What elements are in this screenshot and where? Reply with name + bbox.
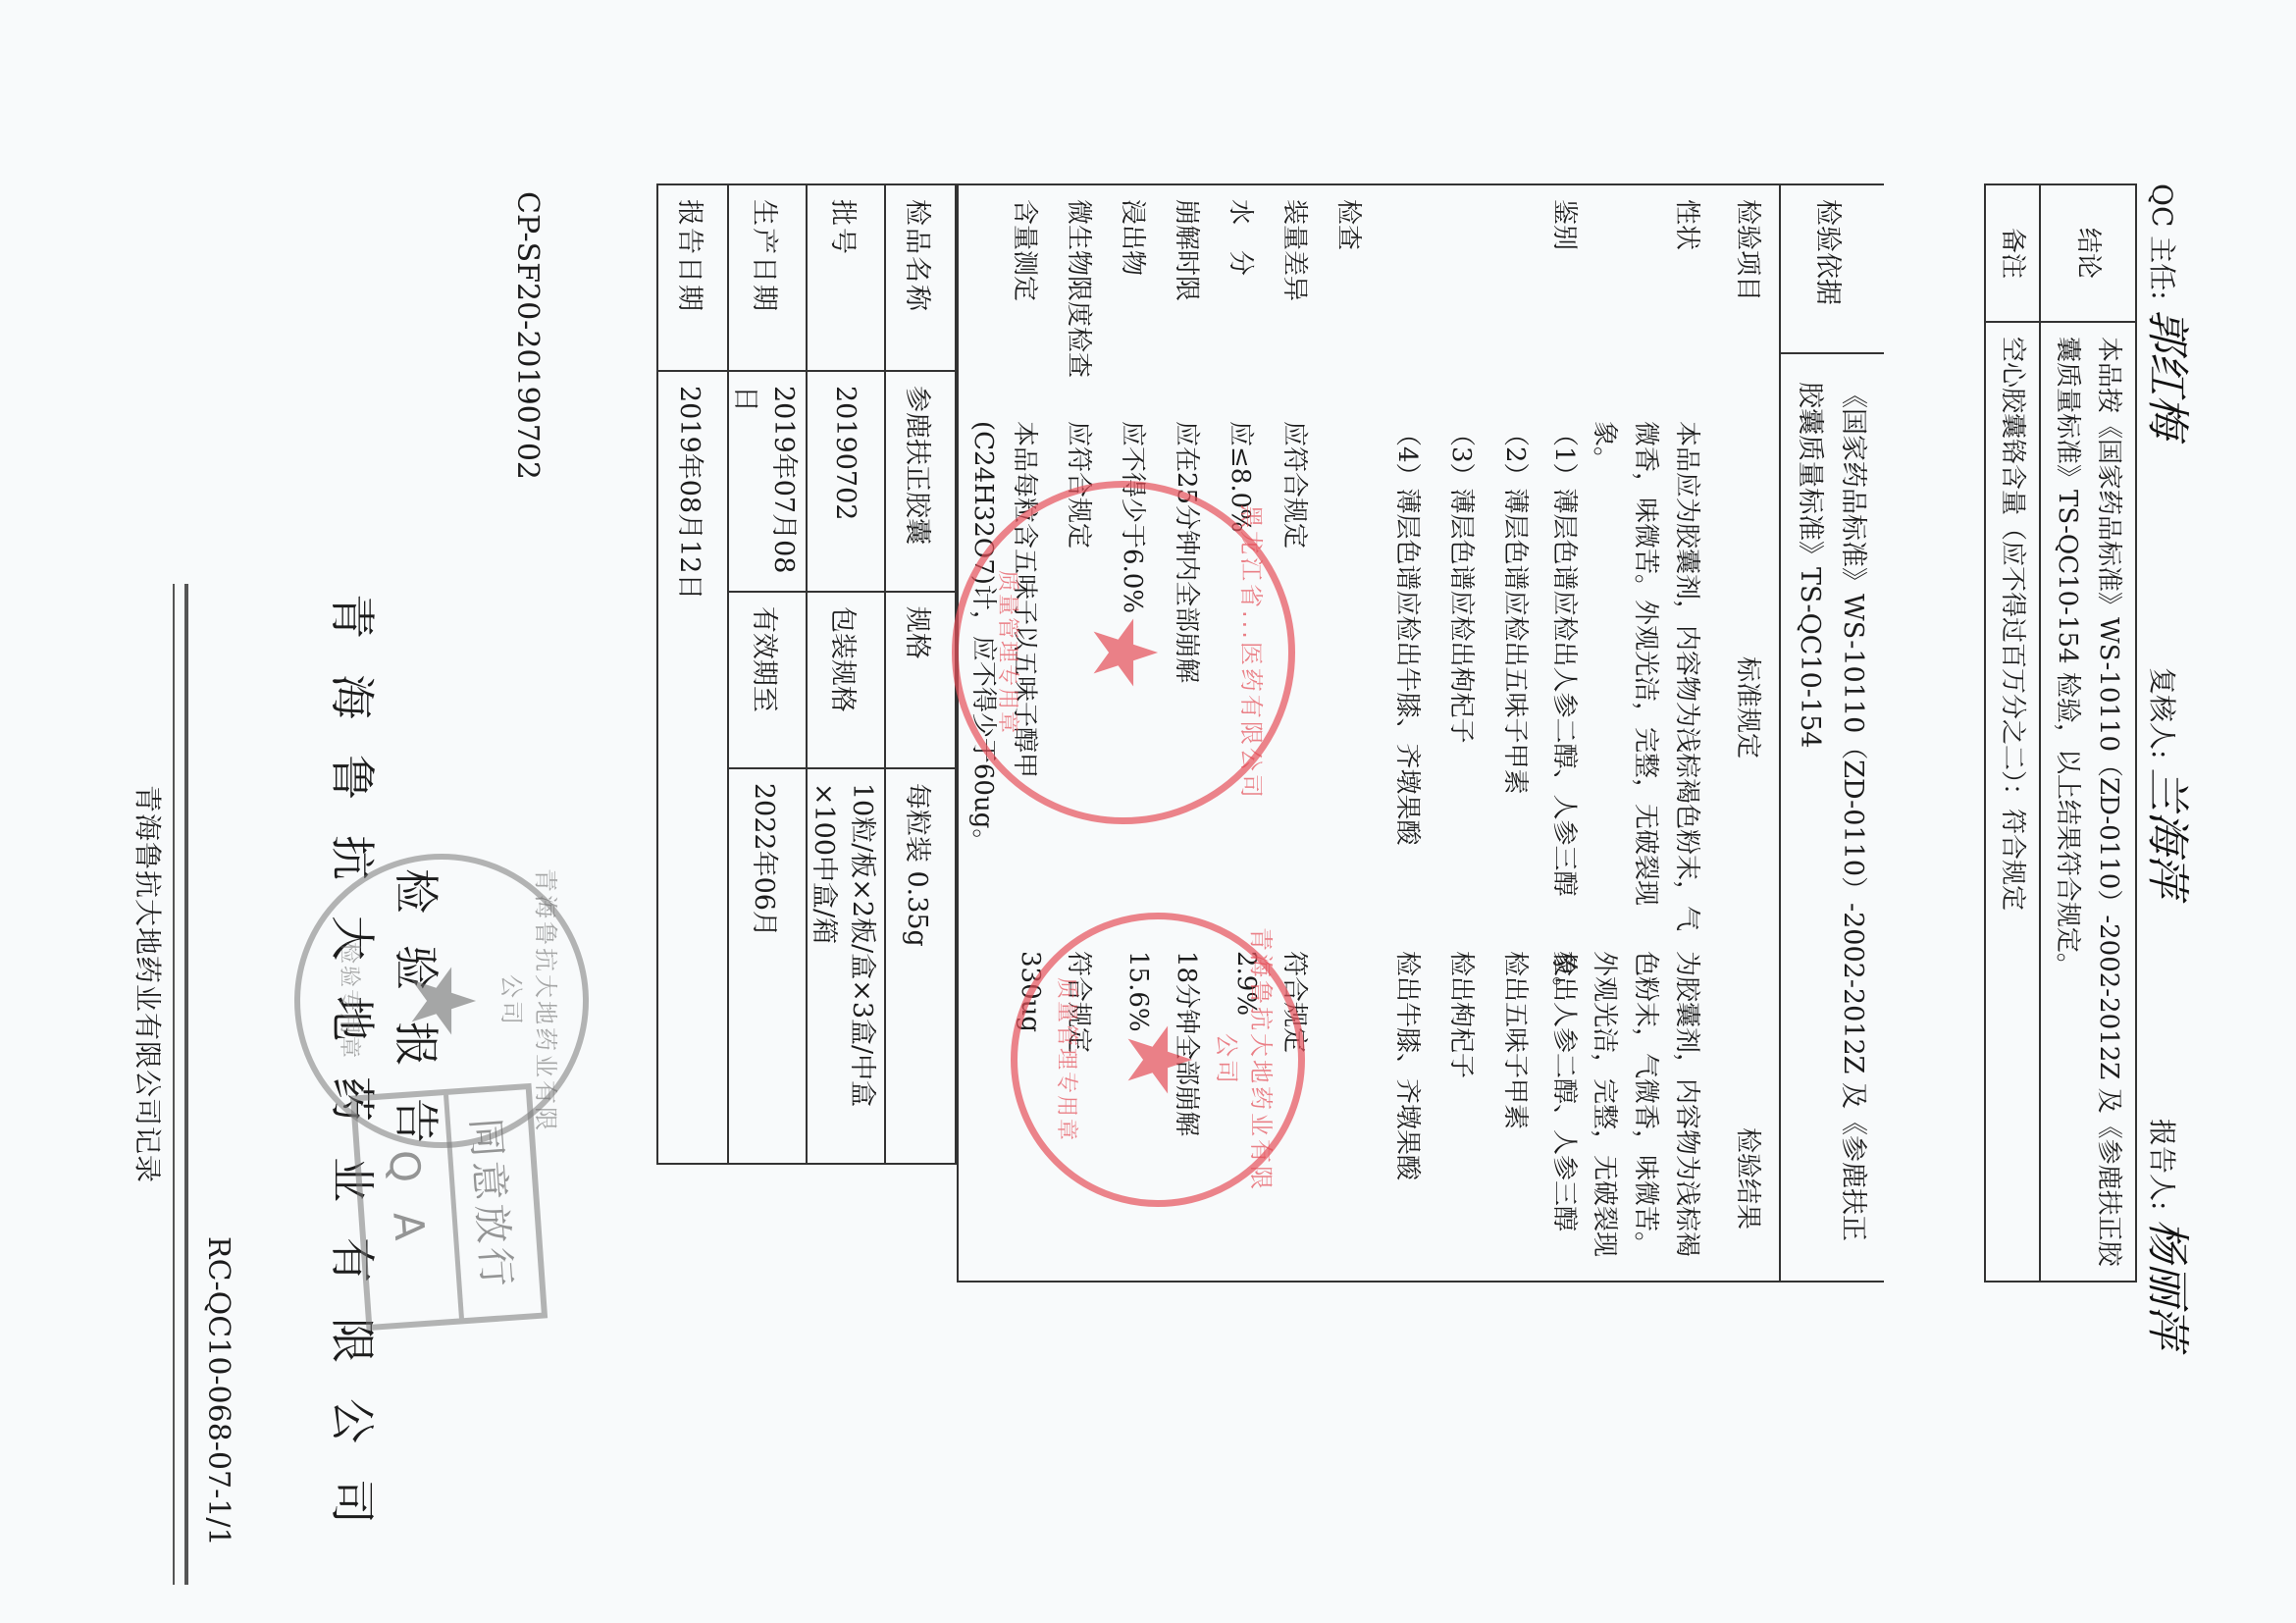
- form-code: RC-QC10-068-07-1/1: [201, 1236, 235, 1546]
- column-header-result: 检验结果: [1732, 1127, 1768, 1230]
- product-name-value: 参鹿扶正胶囊: [885, 371, 956, 592]
- reviewer-name: 兰海萍: [2142, 767, 2192, 897]
- reporter-label: 报告人:: [2146, 1119, 2178, 1210]
- table-row: 生产日期 2019年07月08日 有效期至 2022年06月: [728, 184, 807, 1164]
- star-icon: ★: [1114, 1021, 1202, 1100]
- batch-value: 20190702: [807, 371, 885, 592]
- table-row: 批号 20190702 包装规格 10粒/板×2板/盒×3盒/中盒×100中盒/…: [807, 184, 885, 1164]
- qc-director-name: 郭红梅: [2142, 309, 2192, 439]
- test-item-name: 微生物限度检查: [1063, 199, 1099, 378]
- production-date-value: 2019年07月08日: [728, 371, 807, 592]
- stamp-ring-text: 黑龙江省...医药有限公司: [1236, 488, 1271, 817]
- test-item-result: 检出人参二醇、人参三醇: [1548, 951, 1585, 1231]
- reviewer-label: 复核人:: [2146, 667, 2178, 759]
- qa-release-stamp: 同意放行 QA: [350, 1083, 548, 1331]
- stamp-ring-text: 青海鲁抗大地药业有限公司: [1212, 919, 1280, 1200]
- package-value: 10粒/板×2板/盒×3盒/中盒×100中盒/箱: [807, 768, 885, 1164]
- document-number: CP-SF20-20190702: [510, 191, 545, 480]
- remark-text: 空心胶囊铬含量（应不得过百万分之二）：符合规定: [1985, 322, 2040, 1282]
- table-row: 检品名称 参鹿扶正胶囊 规格 每粒装 0.35g: [885, 184, 956, 1164]
- qc-director-label: QC 主任:: [2146, 183, 2178, 300]
- column-header-item: 检验项目: [1732, 199, 1768, 301]
- basis-divider: [1779, 185, 1781, 1281]
- test-item-result: 检出枸杞子: [1445, 951, 1482, 1078]
- rotated-document-page: RC-QC10-068-07-1/1 青海鲁抗大地药业有限公司记录 青海鲁抗大地…: [0, 0, 2296, 1623]
- report-date-value: 2019年08月12日: [657, 371, 728, 1164]
- test-item-name: 水 分: [1225, 199, 1261, 276]
- qa-stamp-top-text: 同意放行: [444, 1090, 530, 1318]
- table-row: 结论 本品按《国家药品标准》WS-10110（ZD-0110）-2002-201…: [2040, 184, 2136, 1282]
- production-date-label: 生产日期: [728, 184, 807, 371]
- basis-separator: [1781, 352, 1884, 354]
- test-item-name: 含量测定: [1009, 199, 1045, 301]
- conclusion-table: 结论 本品按《国家药品标准》WS-10110（ZD-0110）-2002-201…: [1984, 183, 2137, 1283]
- test-item-standard: （1）薄层色谱应检出人参二醇、人参三醇: [1548, 421, 1585, 897]
- package-label: 包装规格: [807, 592, 885, 768]
- test-item-standard: （4）薄层色谱应检出牛膝、齐墩果酸: [1391, 421, 1428, 846]
- conclusion-text: 本品按《国家药品标准》WS-10110（ZD-0110）-2002-2012Z …: [2040, 322, 2136, 1282]
- test-item-name: 检查: [1332, 199, 1369, 250]
- test-item-standard: （2）薄层色谱应检出五味子甲素: [1499, 421, 1536, 795]
- test-item-name: 浸出物: [1117, 199, 1153, 276]
- spec-value: 每粒装 0.35g: [885, 768, 956, 1164]
- test-item-result: 检出牛膝、齐墩果酸: [1391, 951, 1428, 1180]
- product-info-table: 检品名称 参鹿扶正胶囊 规格 每粒装 0.35g 批号 20190702 包装规…: [656, 183, 957, 1165]
- stamp-inner-text: 质量管理专用章: [1053, 919, 1083, 1200]
- remark-label: 备注: [1985, 184, 2040, 322]
- reviewer-signature: 复核人: 兰海萍: [2140, 667, 2203, 897]
- reporter-name: 杨丽萍: [2142, 1219, 2192, 1348]
- test-item-name: 崩解时限: [1171, 199, 1207, 301]
- basis-label: 检验依据: [1811, 199, 1850, 305]
- star-icon: ★: [1079, 613, 1168, 693]
- test-item-name: 装量差异: [1278, 199, 1315, 301]
- batch-label: 批号: [807, 184, 885, 371]
- column-header-standard: 标准规定: [1732, 656, 1768, 759]
- red-quality-stamp-left: 黑龙江省...医药有限公司 ★ 质量管理专用章: [952, 481, 1295, 824]
- product-name-label: 检品名称: [885, 184, 956, 371]
- record-header: 青海鲁抗大地药业有限公司记录: [130, 785, 169, 1183]
- expiry-value: 2022年06月: [728, 768, 807, 1164]
- table-row: 备注 空心胶囊铬含量（应不得过百万分之二）：符合规定: [1985, 184, 2040, 1282]
- test-item-name: 性状: [1671, 199, 1707, 250]
- test-item-standard: 应符合规定: [1278, 421, 1315, 549]
- expiry-label: 有效期至: [728, 592, 807, 768]
- table-row: 报告日期 2019年08月12日: [657, 184, 728, 1164]
- conclusion-label: 结论: [2040, 184, 2136, 322]
- star-icon: ★: [397, 962, 486, 1041]
- test-item-standard: 本品应为胶囊剂，内容物为浅棕褐色粉末，气微香，味微苦。外观光洁，完整，无破裂现象…: [1584, 421, 1707, 931]
- basis-text: 《国家药品标准》WS-10110（ZD-0110）-2002-2012Z 及《参…: [1788, 382, 1874, 1245]
- stamp-inner-text: 质量管理专用章: [994, 488, 1024, 817]
- spec-label: 规格: [885, 592, 956, 768]
- report-date-label: 报告日期: [657, 184, 728, 371]
- test-item-name: 鉴别: [1548, 199, 1585, 250]
- test-item-result: 检出五味子甲素: [1499, 951, 1536, 1129]
- test-item-standard: （3）薄层色谱应检出枸杞子: [1445, 421, 1482, 744]
- header-rule: [173, 584, 188, 1585]
- reporter-signature: 报告人: 杨丽萍: [2140, 1119, 2203, 1348]
- red-quality-stamp-right: 青海鲁抗大地药业有限公司 ★ 质量管理专用章: [1011, 913, 1305, 1207]
- qc-director-signature: QC 主任: 郭红梅: [2140, 183, 2203, 439]
- qa-stamp-bottom-text: QA: [376, 1096, 440, 1323]
